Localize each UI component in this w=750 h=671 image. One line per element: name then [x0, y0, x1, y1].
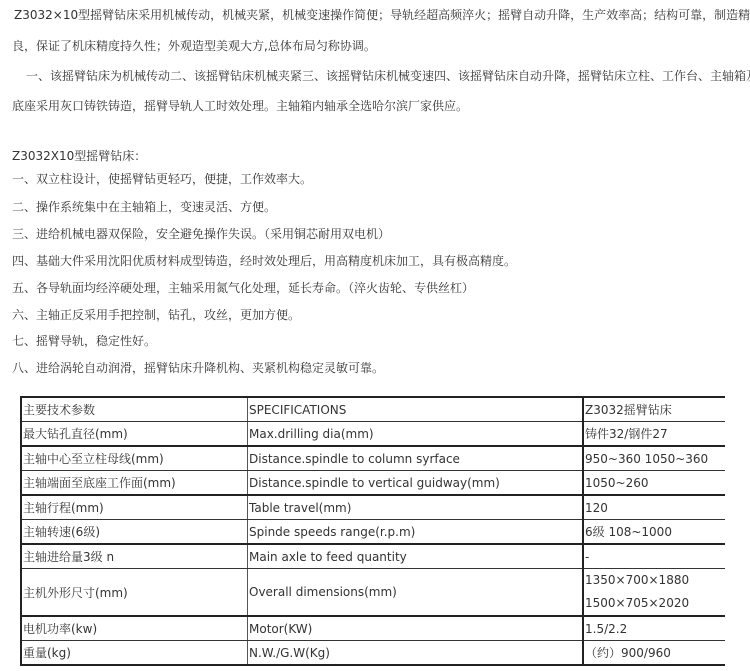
feature-item: 七、摇臂导轨，稳定性好。 [12, 334, 156, 348]
feature-item: 二、操作系统集中在主轴箱上，变速灵活、方便。 [12, 200, 276, 214]
header-cell-model: Z3032摇臂钻床 [583, 397, 725, 422]
header-cell-specifications: SPECIFICATIONS [248, 397, 584, 422]
cell-value: - [583, 544, 725, 569]
feature-item: 三、进给机械电器双保险，安全避免操作失误。（采用铜芯耐用双电机） [12, 227, 390, 241]
dimension-value-2: 1500×705×2020 [585, 592, 725, 615]
cell-param: 主轴行程(mm) [21, 495, 248, 520]
table-row: 最大钻孔直径(mm) Max.drilling dia(mm) 铸件32/钢件2… [21, 422, 725, 447]
cell-param: 主轴进给量3级 n [21, 544, 248, 569]
cell-param: 最大钻孔直径(mm) [21, 422, 248, 447]
cell-value: （约）900/960 [583, 641, 725, 666]
table-row: 主机外形尺寸(mm) Overall dimensions(mm) 1350×7… [21, 569, 725, 617]
cell-spec: Main axle to feed quantity [248, 544, 584, 569]
cell-value: 铸件32/钢件27 [583, 422, 725, 447]
cell-param: 主机外形尺寸(mm) [21, 569, 248, 617]
cell-spec: Spinde speeds range(r.p.m) [248, 520, 584, 545]
table-row: 电机功率(kw) Motor(KW) 1.5/2.2 [21, 616, 725, 641]
cell-param: 主轴转速(6级) [21, 520, 248, 545]
cell-param: 电机功率(kw) [21, 616, 248, 641]
intro-line-2: 良，保证了机床精度持久性；外观造型美观大方,总体布局匀称协调。 [12, 39, 376, 53]
cell-spec: Distance.spindle to vertical guidway(mm) [248, 471, 584, 496]
feature-item: 六、主轴正反采用手把控制，钻孔，攻丝，更加方便。 [12, 308, 300, 322]
cell-value: 950~360 1050~360 [583, 446, 725, 471]
cell-spec: Table travel(mm) [248, 495, 584, 520]
table-header-row: 主要技术参数 SPECIFICATIONS Z3032摇臂钻床 [21, 397, 725, 422]
cell-param: 主轴端面至底座工作面(mm) [21, 471, 248, 496]
cell-value: 120 [583, 495, 725, 520]
cell-param: 重量(kg) [21, 641, 248, 666]
feature-item: 四、基础大件采用沈阳优质材料成型铸造，经时效处理后，用高精度机床加工，具有极高精… [12, 254, 516, 268]
cell-spec: Overall dimensions(mm) [248, 569, 584, 617]
paragraph-line-2: 底座采用灰口铸铁铸造，摇臂导轨人工时效处理。主轴箱内轴承全选哈尔滨厂家供应。 [12, 99, 468, 113]
cell-value: 6级 108~1000 [583, 520, 725, 545]
cell-value: 1350×700×1880 1500×705×2020 [583, 569, 725, 617]
model-subtitle: Z3032X10型摇臂钻床： [12, 149, 146, 163]
cell-spec: Motor(KW) [248, 616, 584, 641]
table-row: 主轴行程(mm) Table travel(mm) 120 [21, 495, 725, 520]
table-row: 主轴转速(6级) Spinde speeds range(r.p.m) 6级 1… [21, 520, 725, 545]
cell-spec: Distance.spindle to column syrface [248, 446, 584, 471]
cell-spec: N.W./G.W(Kg) [248, 641, 584, 666]
table-row: 主轴中心至立柱母线(mm) Distance.spindle to column… [21, 446, 725, 471]
cell-value: 1050~260 [583, 471, 725, 496]
feature-item: 八、进给涡轮自动润滑，摇臂钻床升降机构、夹紧机构稳定灵敏可靠。 [12, 361, 384, 375]
feature-item: 一、双立柱设计，使摇臂钻更轻巧，便捷，工作效率大。 [12, 172, 312, 186]
cell-spec: Max.drilling dia(mm) [248, 422, 584, 447]
header-cell-param: 主要技术参数 [21, 397, 248, 422]
feature-item: 五、各导轨面均经淬硬处理，主轴采用氮气化处理，延长寿命。（淬火齿轮、专供丝杠） [12, 281, 474, 295]
cell-value: 1.5/2.2 [583, 616, 725, 641]
table-row: 主轴端面至底座工作面(mm) Distance.spindle to verti… [21, 471, 725, 496]
paragraph-line-1: 一、该摇臂钻床为机械传动二、该摇臂钻床机械夹紧三、该摇臂钻床机械变速四、该摇臂钻… [26, 69, 750, 83]
dimension-value-1: 1350×700×1880 [585, 569, 725, 592]
table-row: 重量(kg) N.W./G.W(Kg) （约）900/960 [21, 641, 725, 666]
cell-param: 主轴中心至立柱母线(mm) [21, 446, 248, 471]
table-row: 主轴进给量3级 n Main axle to feed quantity - [21, 544, 725, 569]
spec-table: 主要技术参数 SPECIFICATIONS Z3032摇臂钻床 最大钻孔直径(m… [20, 396, 725, 666]
intro-line-1: Z3032×10型摇臂钻床采用机械传动，机械夹紧，机械变速操作简便；导轨经超高频… [14, 8, 750, 22]
